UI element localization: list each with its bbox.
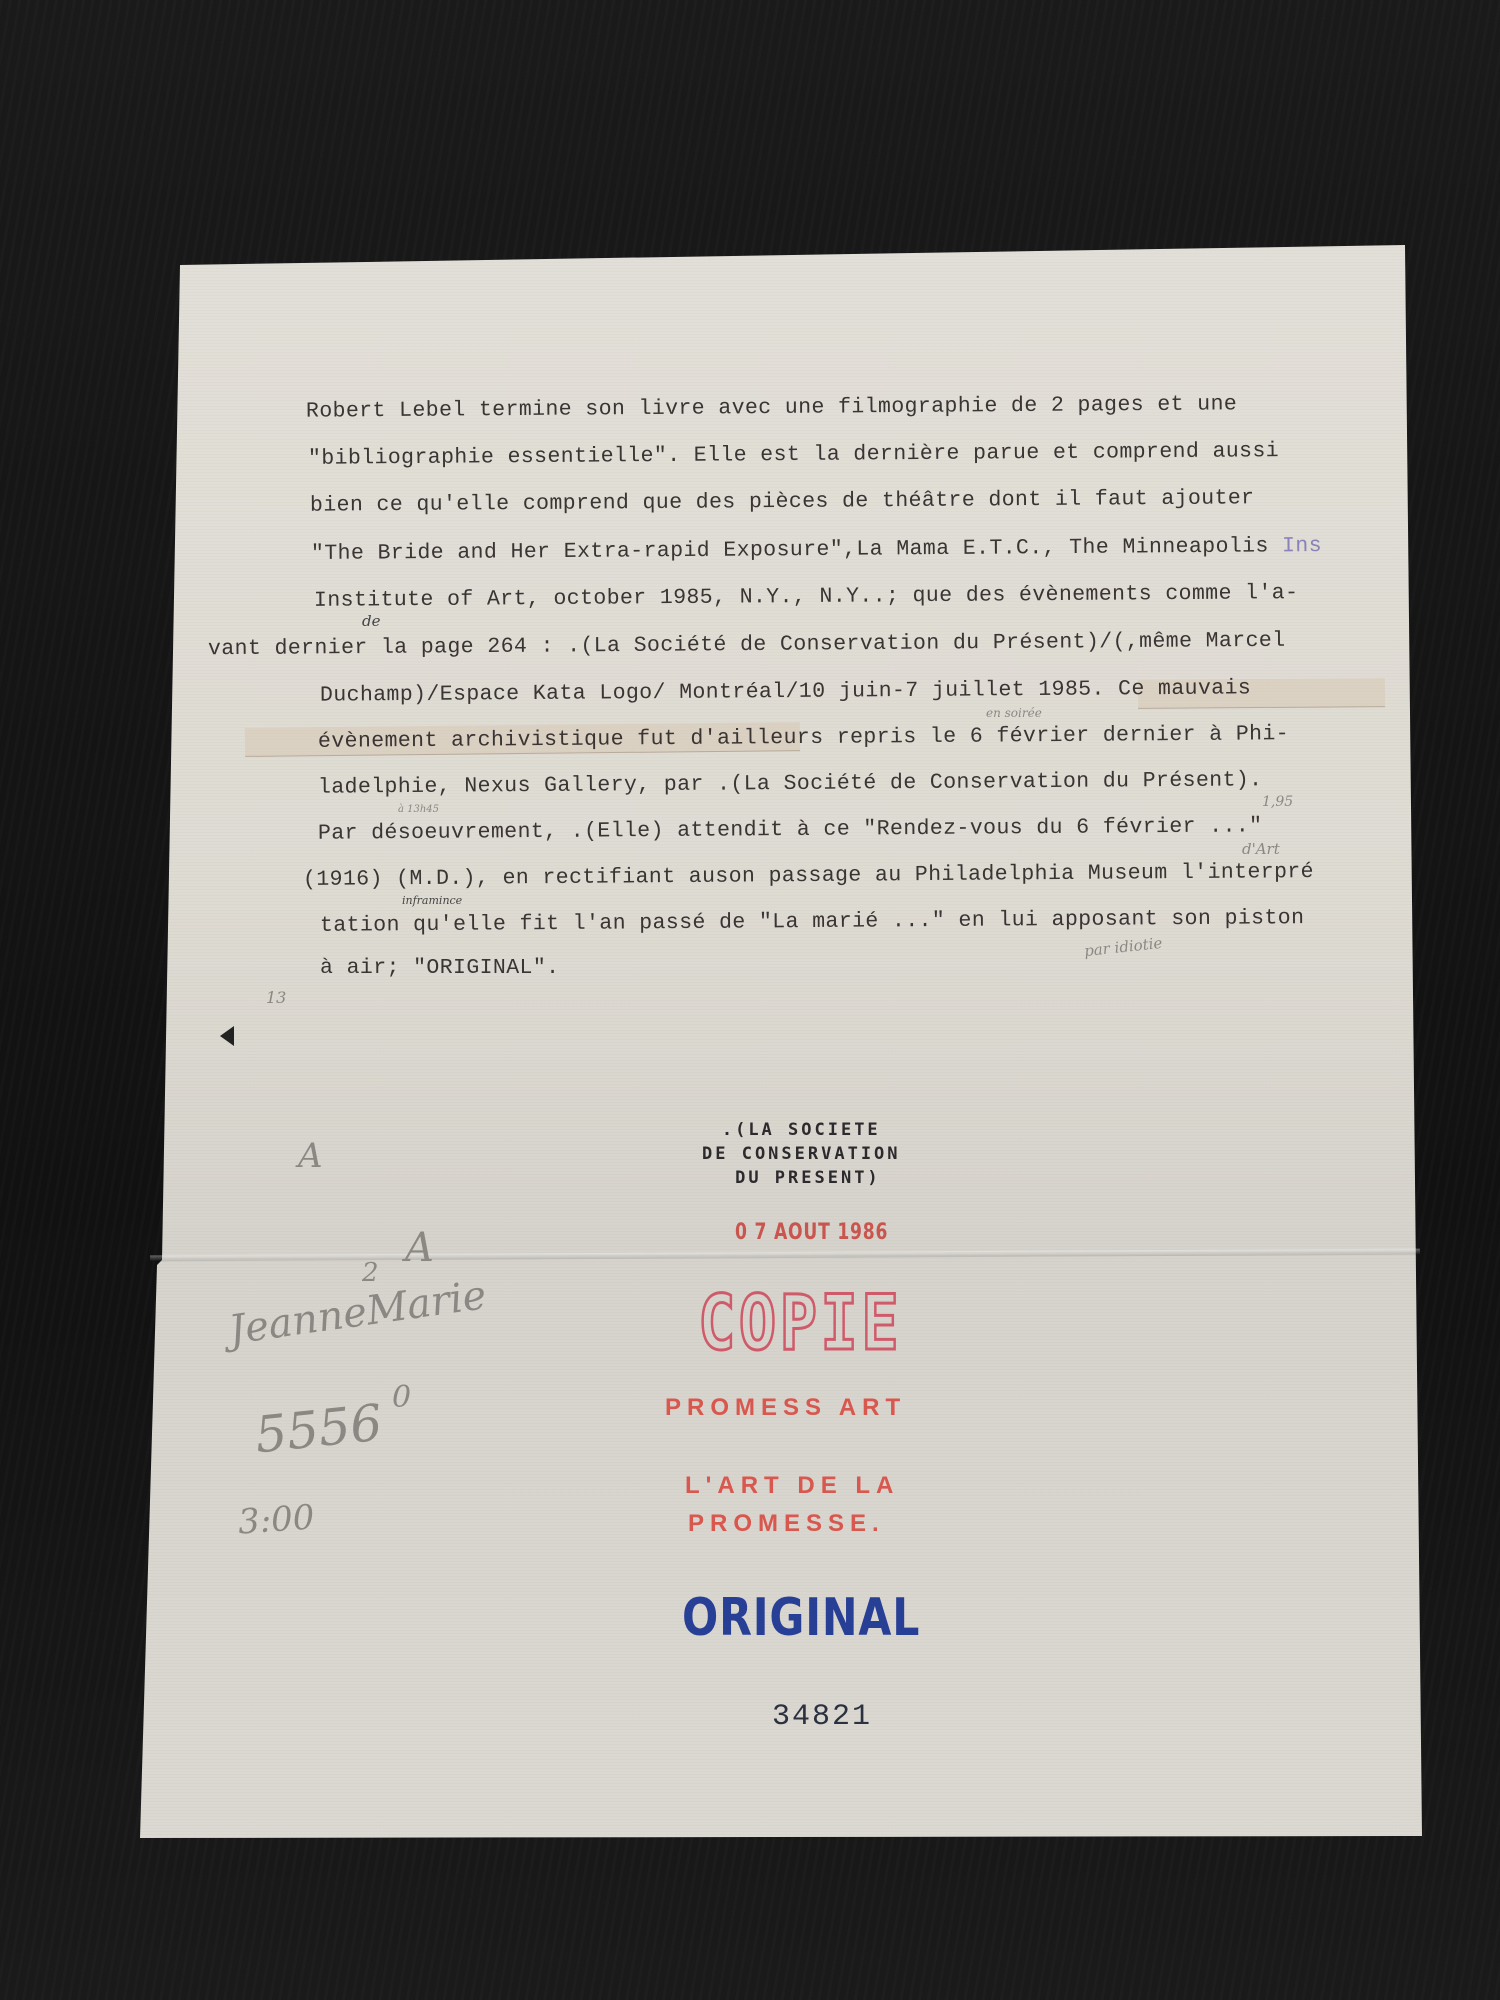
typed-line-4-overflow: Ins: [1282, 534, 1322, 558]
margin-note-0: 0: [392, 1380, 411, 1415]
annotation-a-time: à 13h45: [398, 804, 439, 815]
margin-note-13: 13: [266, 988, 286, 1007]
society-stamp: .(LA SOCIETE DE CONSERVATION DU PRESENT): [702, 1118, 901, 1190]
original-stamp: ORIGINAL: [682, 1588, 920, 1648]
annotation-inframince: inframince: [402, 894, 462, 907]
promess-art-stamp: PROMESS ART: [665, 1394, 906, 1422]
copie-stamp: COPIE: [698, 1278, 902, 1367]
serial-number-stamp: 34821: [772, 1700, 872, 1734]
margin-note-a-small: A: [298, 1136, 323, 1176]
typed-letter-page: [0, 0, 1500, 2000]
margin-note-2: 2: [362, 1258, 379, 1288]
annotation-en-soiree: en soirée: [986, 706, 1042, 720]
annotation-de: de: [362, 612, 380, 630]
annotation-price: 1,95: [1262, 794, 1293, 810]
annotation-d-art: d'Art: [1242, 840, 1280, 858]
art-de-la-stamp: L'ART DE LA: [685, 1472, 899, 1500]
margin-note-a-large: A: [405, 1225, 434, 1271]
typed-line-13: à air; "ORIGINAL".: [320, 956, 559, 980]
margin-note-time: 3:00: [237, 1497, 316, 1542]
promesse-stamp: PROMESSE.: [688, 1510, 885, 1538]
margin-triangle-mark: [220, 1026, 234, 1046]
date-stamp: 0 7 AOUT 1986: [735, 1220, 888, 1245]
